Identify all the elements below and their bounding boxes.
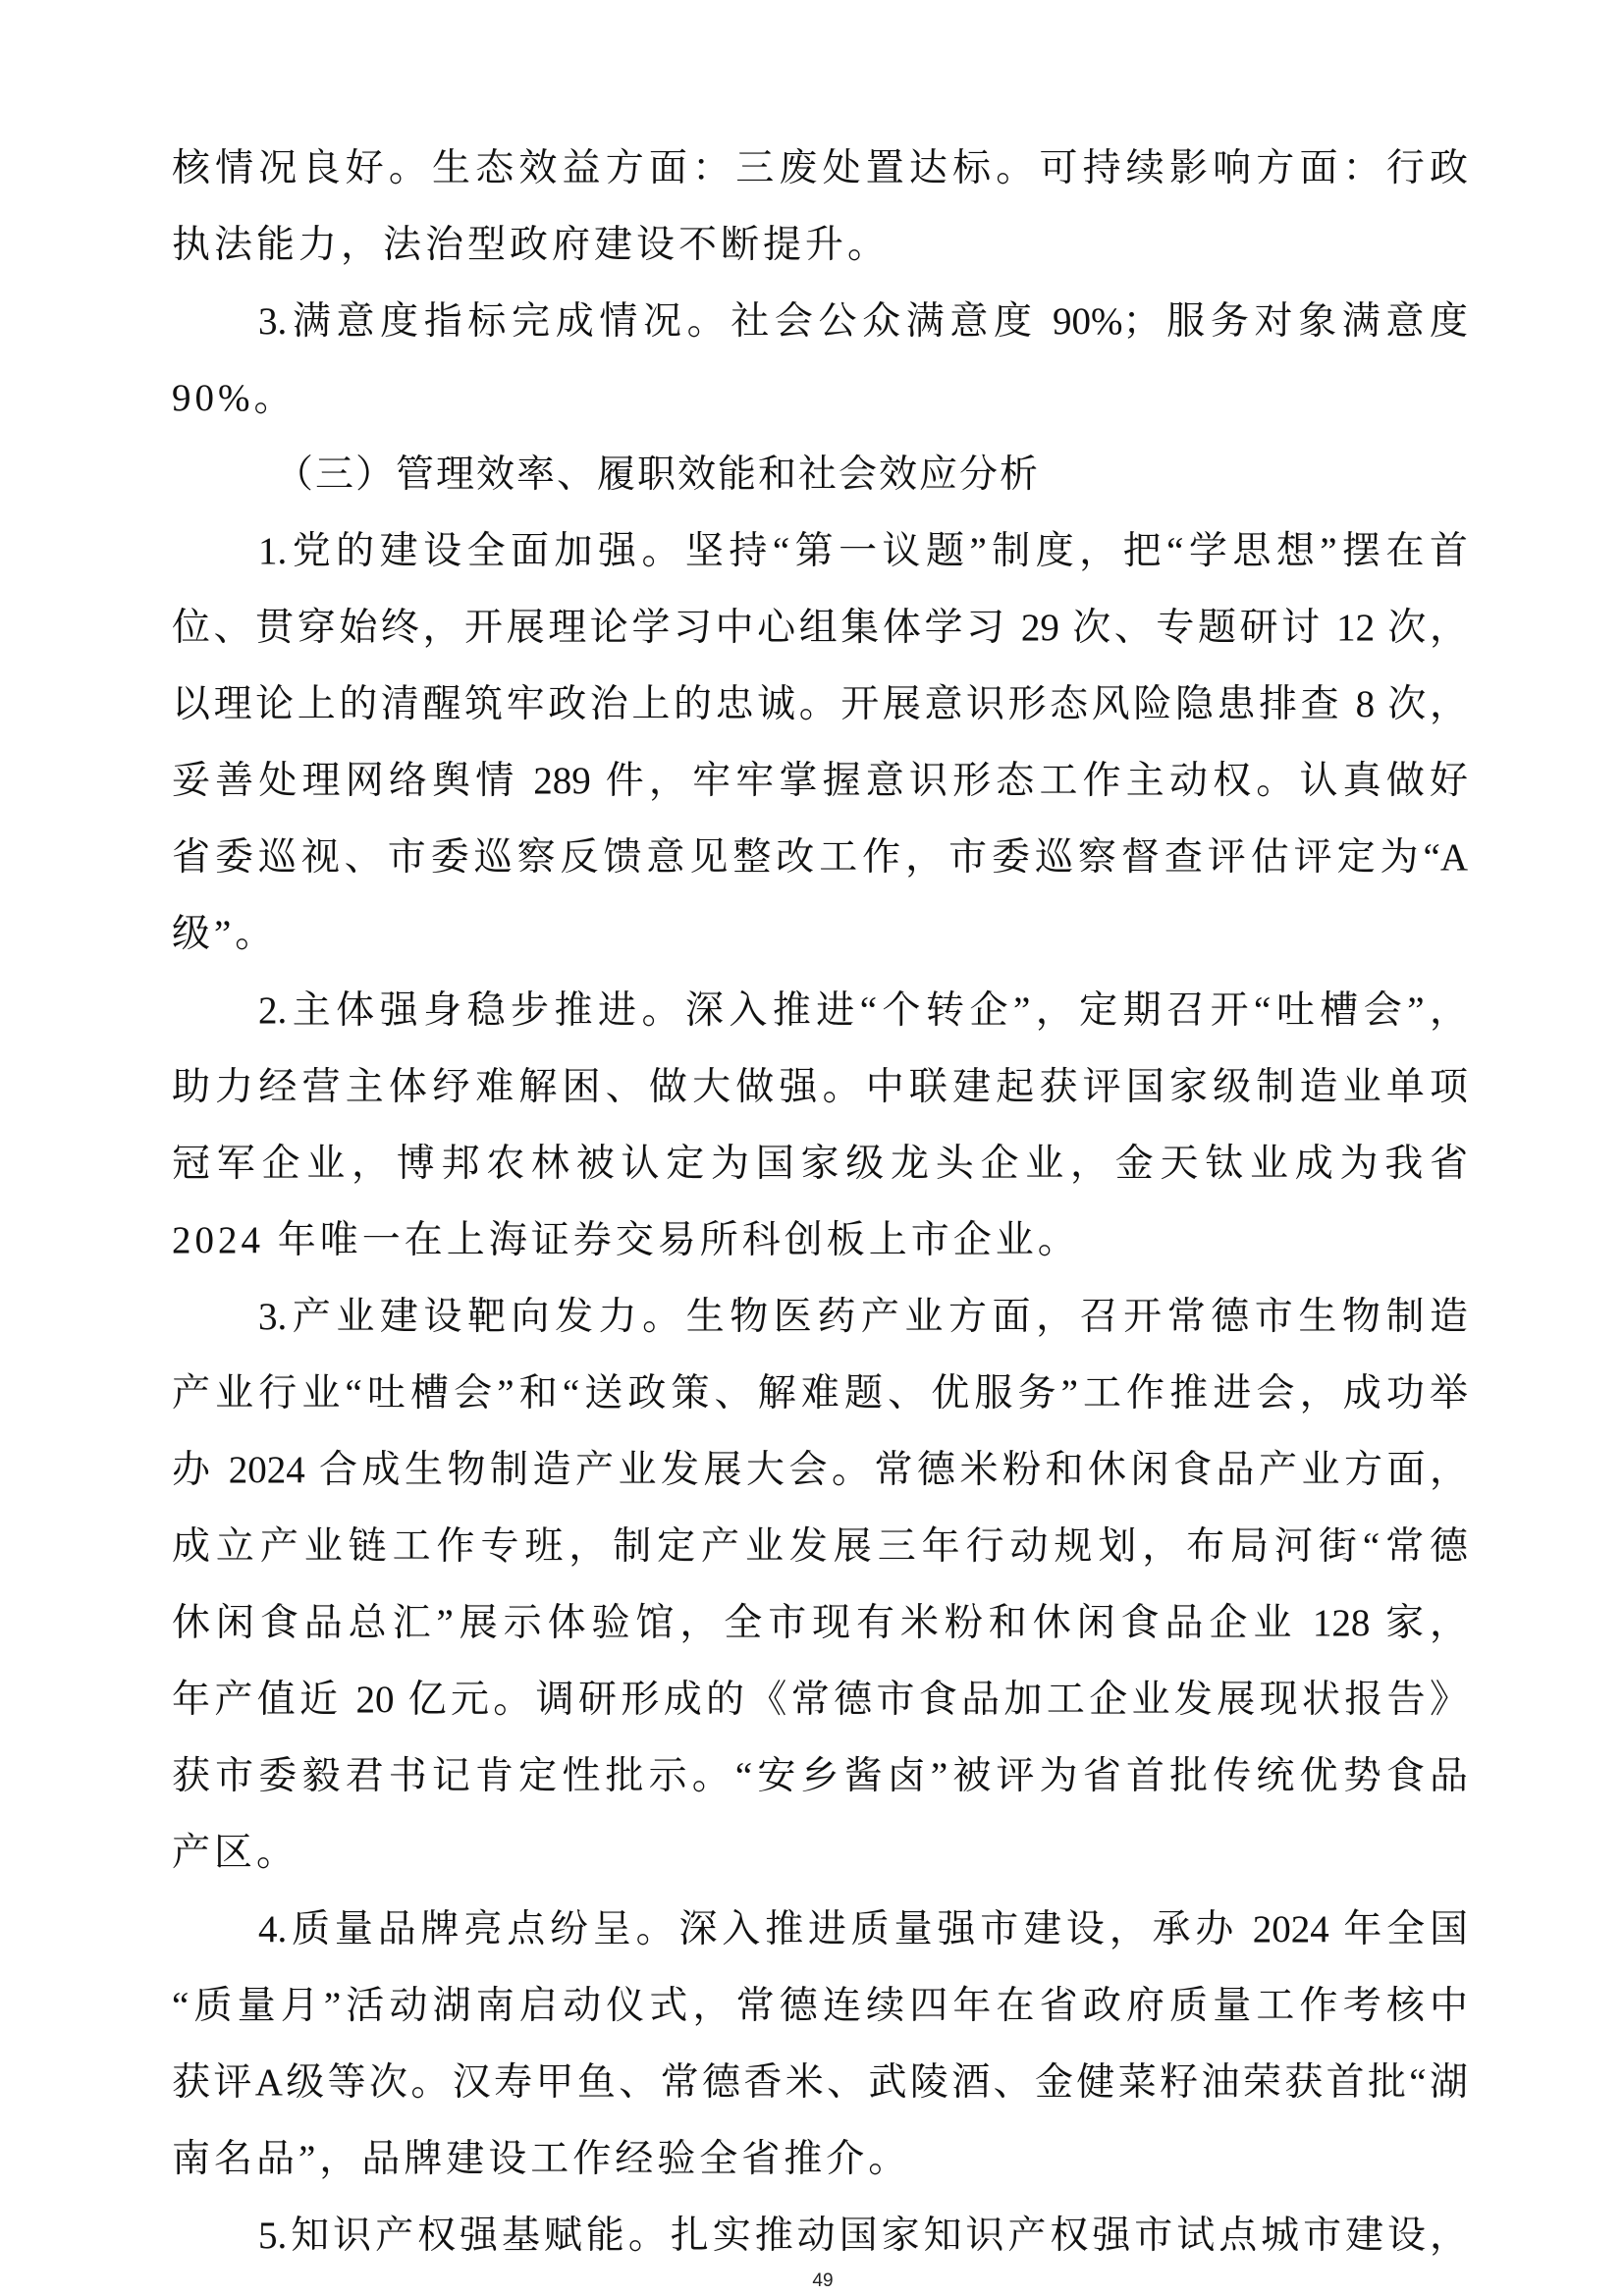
text-line: “质量月”活动湖南启动仪式，常德连续四年在省政府质量工作考核中 bbox=[172, 1968, 1468, 2045]
text-line: 产业行业“吐槽会”和“送政策、解难题、优服务”工作推进会，成功举 bbox=[172, 1356, 1468, 1432]
text-line: 产区。 bbox=[172, 1815, 1468, 1892]
text-line: 获市委毅君书记肯定性批示。“安乡酱卤”被评为省首批传统优势食品 bbox=[172, 1738, 1468, 1815]
section-heading: （三）管理效率、履职效能和社会效应分析 bbox=[172, 437, 1468, 513]
paragraph-start-line: 1.党的建设全面加强。坚持“第一议题”制度，把“学思想”摆在首 bbox=[172, 513, 1468, 590]
text-line: 成立产业链工作专班，制定产业发展三年行动规划，布局河街“常德 bbox=[172, 1509, 1468, 1585]
text-line: 助力经营主体纾难解困、做大做强。中联建起获评国家级制造业单项 bbox=[172, 1049, 1468, 1126]
paragraph-start-line: 4.质量品牌亮点纷呈。深入推进质量强市建设，承办 2024 年全国 bbox=[172, 1892, 1468, 1968]
text-line: 休闲食品总汇”展示体验馆，全市现有米粉和休闲食品企业 128 家， bbox=[172, 1585, 1468, 1662]
text-line: 执法能力，法治型政府建设不断提升。 bbox=[172, 207, 1468, 284]
text-line: 核情况良好。生态效益方面：三废处置达标。可持续影响方面：行政 bbox=[172, 131, 1468, 207]
text-line: 获评A级等次。汉寿甲鱼、常德香米、武陵酒、金健菜籽油荣获首批“湖 bbox=[172, 2045, 1468, 2121]
text-line: 冠军企业，博邦农林被认定为国家级龙头企业，金天钛业成为我省 bbox=[172, 1126, 1468, 1202]
page-number: 49 bbox=[0, 2270, 1624, 2292]
paragraph-start-line: 2.主体强身稳步推进。深入推进“个转企”，定期召开“吐槽会”， bbox=[172, 973, 1468, 1049]
paragraph-start-line: 3.产业建设靶向发力。生物医药产业方面，召开常德市生物制造 bbox=[172, 1279, 1468, 1356]
text-line: 年产值近 20 亿元。调研形成的《常德市食品加工企业发展现状报告》 bbox=[172, 1662, 1468, 1738]
paragraph-start-line: 3.满意度指标完成情况。社会公众满意度 90%；服务对象满意度 bbox=[172, 284, 1468, 360]
text-line: 位、贯穿始终，开展理论学习中心组集体学习 29 次、专题研讨 12 次， bbox=[172, 590, 1468, 667]
text-line: 以理论上的清醒筑牢政治上的忠诚。开展意识形态风险隐患排查 8 次， bbox=[172, 667, 1468, 743]
text-line: 90%。 bbox=[172, 360, 1468, 437]
text-line: 级”。 bbox=[172, 896, 1468, 973]
text-line: 办 2024 合成生物制造产业发展大会。常德米粉和休闲食品产业方面， bbox=[172, 1432, 1468, 1509]
document-page: 核情况良好。生态效益方面：三废处置达标。可持续影响方面：行政 执法能力，法治型政… bbox=[0, 0, 1624, 2296]
text-line: 妥善处理网络舆情 289 件，牢牢掌握意识形态工作主动权。认真做好 bbox=[172, 743, 1468, 820]
text-line: 省委巡视、市委巡察反馈意见整改工作，市委巡察督查评估评定为“A bbox=[172, 820, 1468, 896]
text-line: 南名品”，品牌建设工作经验全省推介。 bbox=[172, 2121, 1468, 2198]
text-line: 2024 年唯一在上海证券交易所科创板上市企业。 bbox=[172, 1202, 1468, 1279]
paragraph-start-line: 5.知识产权强基赋能。扎实推动国家知识产权强市试点城市建设， bbox=[172, 2198, 1468, 2274]
